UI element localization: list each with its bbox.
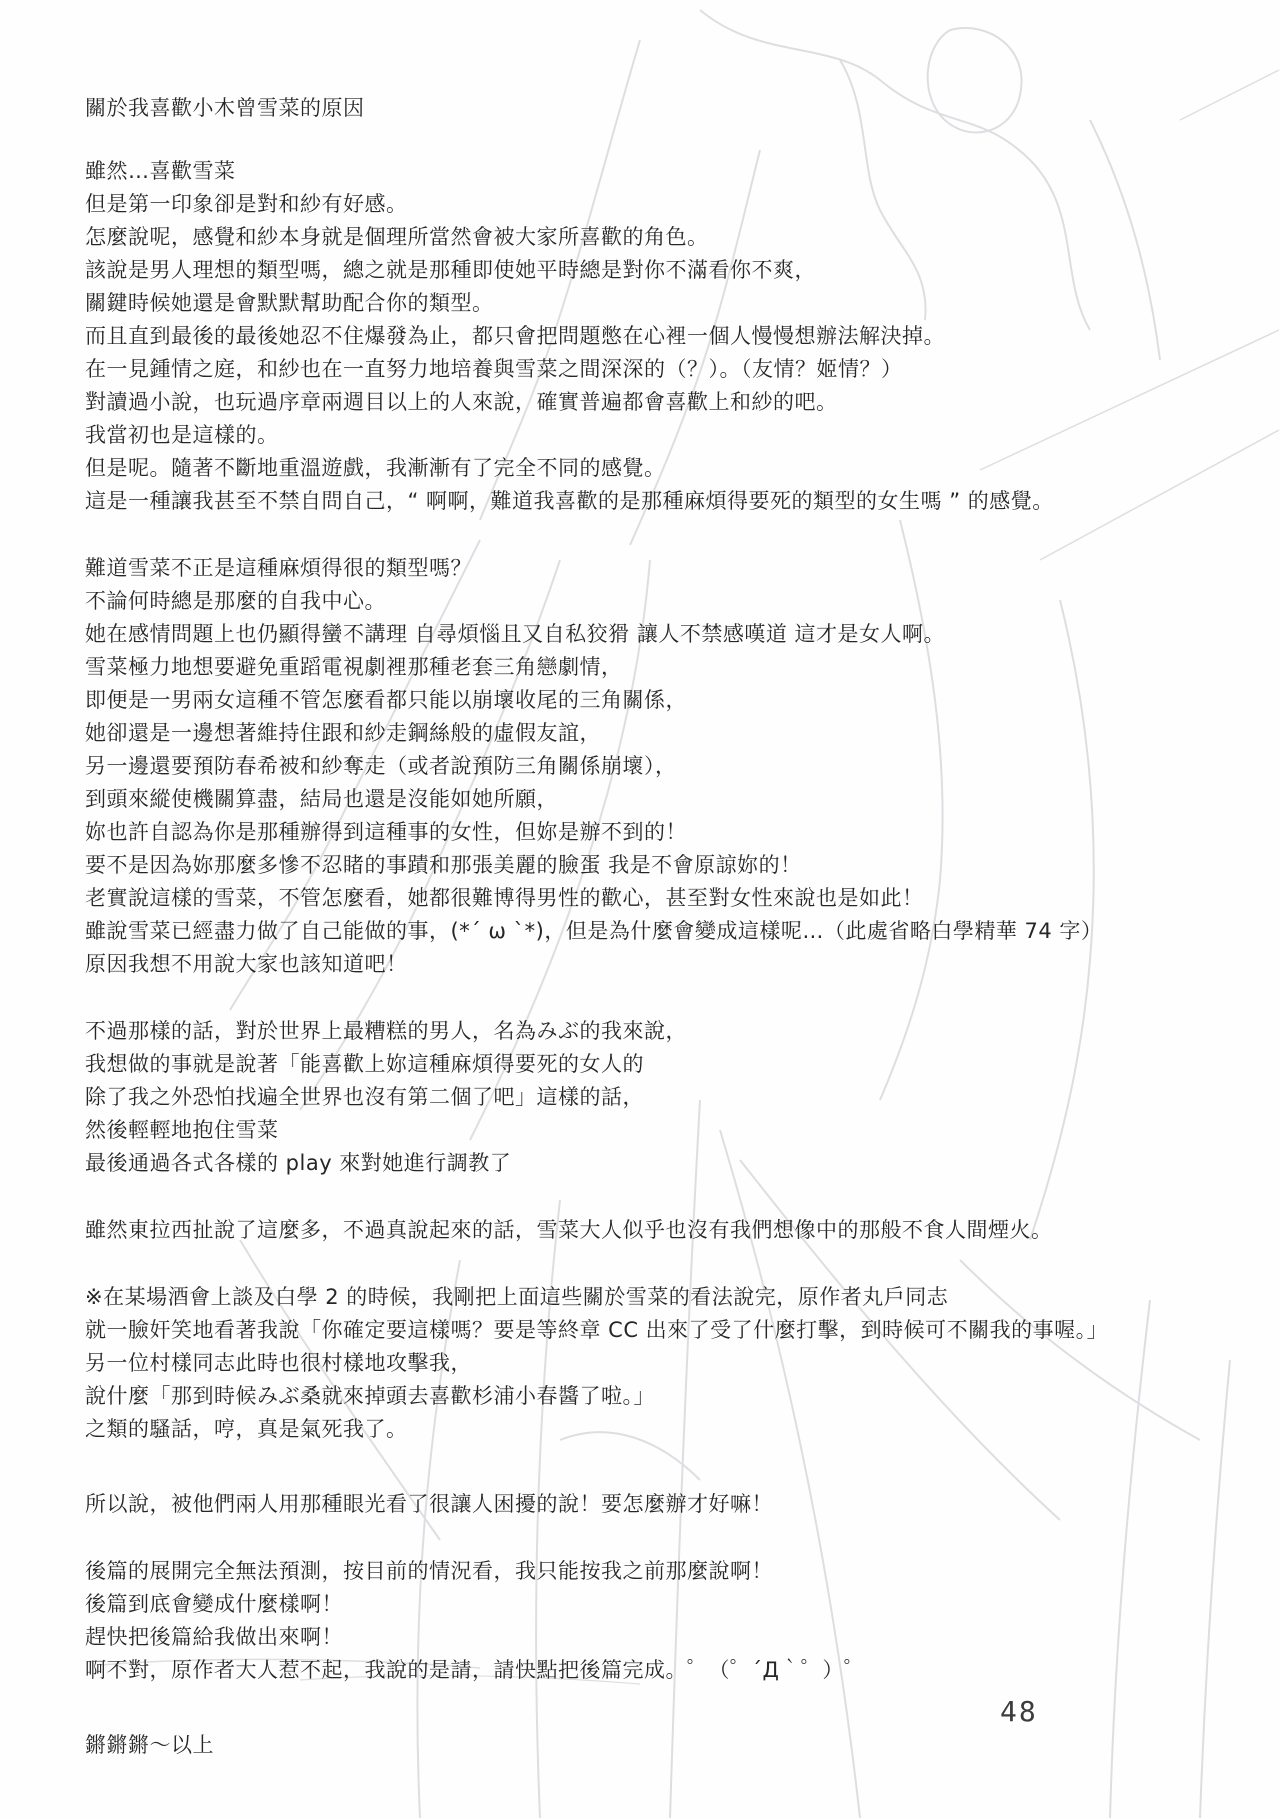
text-line: 即便是一男兩女這種不管怎麼看都只能以崩壞收尾的三角關係，	[85, 684, 1195, 717]
text-line: 怎麼說呢，感覺和紗本身就是個理所當然會被大家所喜歡的角色。	[85, 221, 1195, 254]
text-line: 就一臉奸笑地看著我說「你確定要這樣嗎？要是等終章 CC 出來了受了什麼打擊，到時…	[85, 1314, 1195, 1347]
text-line: 之類的騷話，哼，真是氣死我了。	[85, 1413, 1195, 1446]
paragraph-summary-line: 雖然東拉西扯說了這麼多，不過真說起來的話，雪菜大人似乎也沒有我們想像中的那般不食…	[85, 1214, 1195, 1247]
text-line: 該說是男人理想的類型嗎，總之就是那種即使她平時總是對你不滿看你不爽，	[85, 254, 1195, 287]
text-line: 說什麼「那到時候みぶ桑就來掉頭去喜歡杉浦小春醬了啦。」	[85, 1380, 1195, 1413]
text-line: 不過那樣的話，對於世界上最糟糕的男人，名為みぶ的我來說，	[85, 1015, 1195, 1048]
text-line: 這是一種讓我甚至不禁自問自己，“ 啊啊，難道我喜歡的是那種麻煩得要死的類型的女生…	[85, 485, 1195, 518]
text-line: 原因我想不用說大家也該知道吧！	[85, 948, 1195, 981]
paragraph-intro: 雖然…喜歡雪菜但是第一印象卻是對和紗有好感。怎麼說呢，感覺和紗本身就是個理所當然…	[85, 155, 1195, 518]
text-line: 她在感情問題上也仍顯得蠻不講理 自尋煩惱且又自私狡猾 讓人不禁感嘆道 這才是女人…	[85, 618, 1195, 651]
text-line: 她卻還是一邊想著維持住跟和紗走鋼絲般的虛假友誼，	[85, 717, 1195, 750]
sign-off: 鏘鏘鏘～以上	[85, 1729, 1195, 1762]
text-line: 啊不對，原作者大人惹不起，我說的是請，請快點把後篇完成。゜（゜´Д｀゜）゜	[85, 1654, 1195, 1687]
text-line: 在一見鍾情之庭，和紗也在一直努力地培養與雪菜之間深深的（？）。（友情？姬情？）	[85, 353, 1195, 386]
paragraph-sequel-plea: 後篇的展開完全無法預測，按目前的情況看，我只能按我之前那麼說啊！後篇到底會變成什…	[85, 1555, 1195, 1687]
doujin-afterword-page: 關於我喜歡小木曾雪菜的原因 雖然…喜歡雪菜但是第一印象卻是對和紗有好感。怎麼說呢…	[0, 0, 1280, 1818]
text-line: 關鍵時候她還是會默默幫助配合你的類型。	[85, 287, 1195, 320]
text-line: 妳也許自認為你是那種辦得到這種事的女性，但妳是辦不到的！	[85, 816, 1195, 849]
text-line: 要不是因為妳那麼多慘不忍睹的事蹟和那張美麗的臉蛋 我是不會原諒妳的！	[85, 849, 1195, 882]
text-line: 難道雪菜不正是這種麻煩得很的類型嗎？	[85, 552, 1195, 585]
text-line: 到頭來縱使機關算盡，結局也還是沒能如她所願，	[85, 783, 1195, 816]
text-line: 除了我之外恐怕找遍全世界也沒有第二個了吧」這樣的話，	[85, 1081, 1195, 1114]
text-line: 另一位村樣同志此時也很村樣地攻擊我，	[85, 1347, 1195, 1380]
text-line: 雖然東拉西扯說了這麼多，不過真說起來的話，雪菜大人似乎也沒有我們想像中的那般不食…	[85, 1214, 1195, 1247]
text-line: 我當初也是這樣的。	[85, 419, 1195, 452]
page-number: 48	[1000, 1695, 1038, 1728]
text-line: 雖說雪菜已經盡力做了自己能做的事，(*´ ω `*)，但是為什麼會變成這樣呢…（…	[85, 915, 1195, 948]
text-line: 另一邊還要預防春希被和紗奪走（或者說預防三角關係崩壞），	[85, 750, 1195, 783]
text-line: 我想做的事就是說著「能喜歡上妳這種麻煩得要死的女人的	[85, 1048, 1195, 1081]
paragraph-author-wish: 不過那樣的話，對於世界上最糟糕的男人，名為みぶ的我來說，我想做的事就是說著「能喜…	[85, 1015, 1195, 1180]
page-title: 關於我喜歡小木曾雪菜的原因	[85, 92, 1195, 125]
paragraph-troubled-line: 所以說，被他們兩人用那種眼光看了很讓人困擾的說！要怎麼辦才好嘛！	[85, 1488, 1195, 1521]
text-line: 但是第一印象卻是對和紗有好感。	[85, 188, 1195, 221]
text-line: 老實說這樣的雪菜，不管怎麼看，她都很難博得男性的歡心，甚至對女性來說也是如此！	[85, 882, 1195, 915]
text-line: ※在某場酒會上談及白學 2 的時候，我剛把上面這些關於雪菜的看法說完，原作者丸戶…	[85, 1281, 1195, 1314]
text-line: 不論何時總是那麼的自我中心。	[85, 585, 1195, 618]
afterword-text-column: 關於我喜歡小木曾雪菜的原因 雖然…喜歡雪菜但是第一印象卻是對和紗有好感。怎麼說呢…	[85, 92, 1195, 1762]
text-line: 雖然…喜歡雪菜	[85, 155, 1195, 188]
text-line: 後篇的展開完全無法預測，按目前的情況看，我只能按我之前那麼說啊！	[85, 1555, 1195, 1588]
text-line: 對讀過小說，也玩過序章兩週目以上的人來說，確實普遍都會喜歡上和紗的吧。	[85, 386, 1195, 419]
text-line: 而且直到最後的最後她忍不住爆發為止，都只會把問題憋在心裡一個人慢慢想辦法解決掉。	[85, 320, 1195, 353]
paragraph-setsuna-critique: 難道雪菜不正是這種麻煩得很的類型嗎？不論何時總是那麼的自我中心。她在感情問題上也…	[85, 552, 1195, 981]
text-line: 然後輕輕地抱住雪菜	[85, 1114, 1195, 1147]
text-line: 雪菜極力地想要避免重蹈電視劇裡那種老套三角戀劇情，	[85, 651, 1195, 684]
text-line: 趕快把後篇給我做出來啊！	[85, 1621, 1195, 1654]
text-line: 所以說，被他們兩人用那種眼光看了很讓人困擾的說！要怎麼辦才好嘛！	[85, 1488, 1195, 1521]
paragraph-drinking-party-note: ※在某場酒會上談及白學 2 的時候，我剛把上面這些關於雪菜的看法說完，原作者丸戶…	[85, 1281, 1195, 1446]
text-line: 但是呢。隨著不斷地重溫遊戲，我漸漸有了完全不同的感覺。	[85, 452, 1195, 485]
text-line: 後篇到底會變成什麼樣啊！	[85, 1588, 1195, 1621]
text-line: 最後通過各式各樣的 play 來對她進行調教了	[85, 1147, 1195, 1180]
